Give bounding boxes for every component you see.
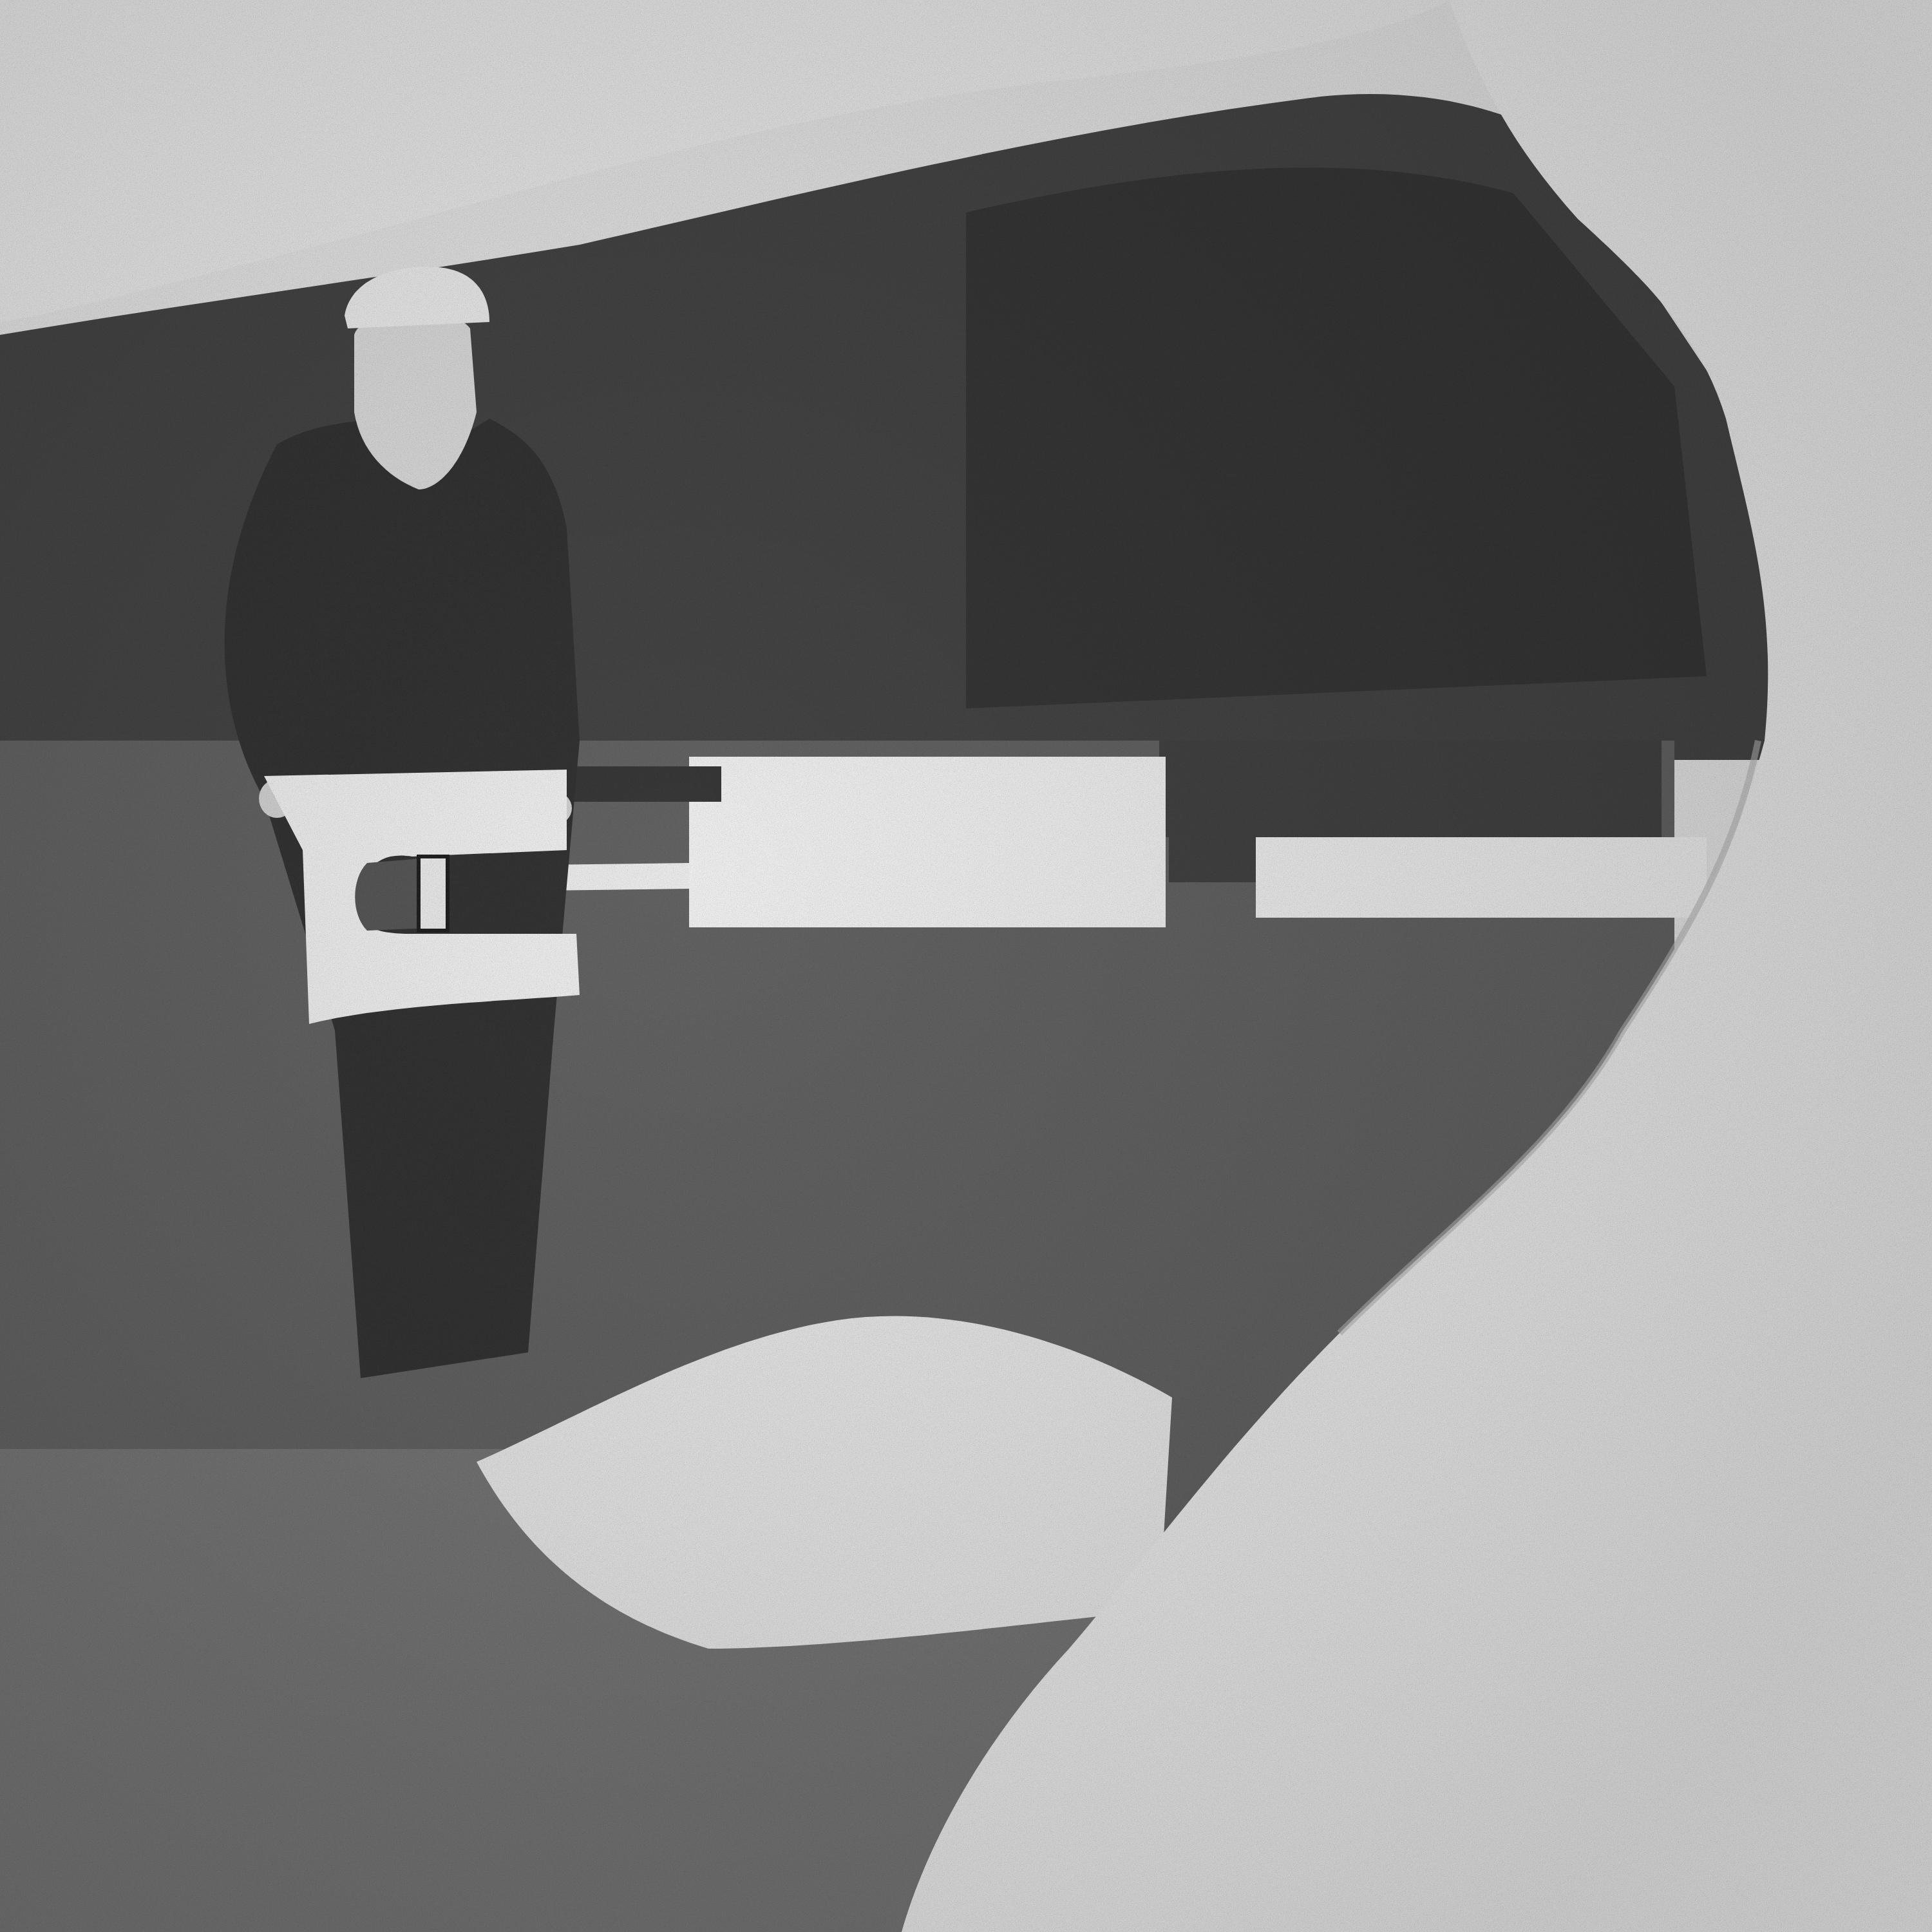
rod	[567, 766, 721, 802]
sign-inner-block	[419, 857, 448, 931]
tree-trunk-block	[1169, 831, 1259, 882]
white-bar-left	[689, 757, 1166, 927]
photograph	[0, 0, 1932, 1932]
tree-block	[1159, 741, 1662, 837]
white-bar-right	[1256, 837, 1707, 918]
